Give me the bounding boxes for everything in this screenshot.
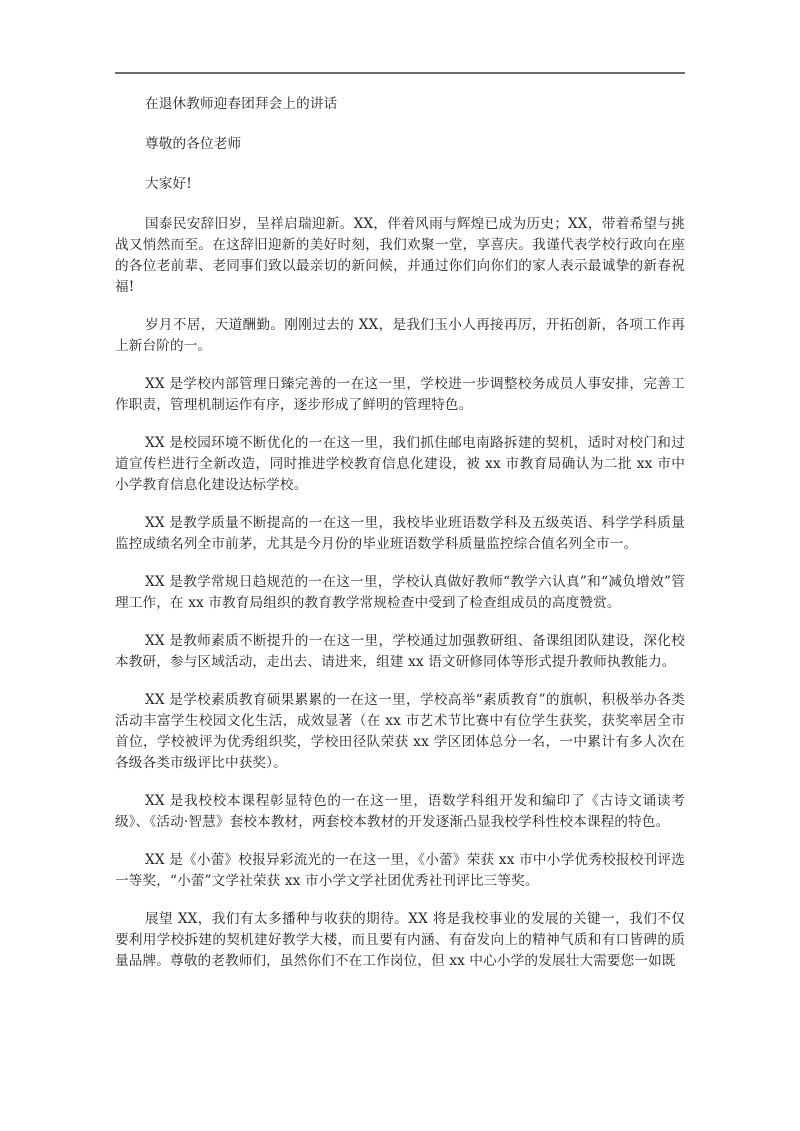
paragraph-quality-education: XX 是学校素质教育硕果累累的一在这一里，学校高举“素质教育”的旗帜，积极举办各… — [115, 690, 685, 774]
paragraph-school-curriculum: XX 是我校校本课程彰显特色的一在这一里，语数学科组开发和编印了《古诗文诵读考级… — [115, 791, 685, 833]
paragraph-opening: 国泰民安辞旧岁，呈祥启瑞迎新。XX，伴着风雨与辉煌已成为历史；XX，带着希望与挑… — [115, 214, 685, 298]
paragraph-outlook: 展望 XX，我们有太多播种与收获的期待。XX 将是我校事业的发展的关键一，我们不… — [115, 909, 685, 972]
paragraph-management: XX 是学校内部管理日臻完善的一在这一里，学校进一步调整校务成员人事安排，完善工… — [115, 374, 685, 416]
salutation: 尊敬的各位老师 — [115, 134, 685, 155]
document-title: 在退休教师迎春团拜会上的讲话 — [115, 94, 685, 115]
paragraph-environment: XX 是校园环境不断优化的一在这一里，我们抓住邮电南路拆建的契机，适时对校门和过… — [115, 433, 685, 496]
paragraph-teaching-routine: XX 是教学常规日趋规范的一在这一里，学校认真做好教师“教学六认真”和“减负增效… — [115, 572, 685, 614]
paragraph-teacher-quality: XX 是教师素质不断提升的一在这一里，学校通过加强教研组、备课组团队建设，深化校… — [115, 631, 685, 673]
header-rule — [115, 72, 685, 74]
paragraph-school-newspaper: XX 是《小蕾》校报异彩流光的一在这一里，《小蕾》荣获 xx 市中小学优秀校报校… — [115, 850, 685, 892]
document-body: 在退休教师迎春团拜会上的讲话 尊敬的各位老师 大家好! 国泰民安辞旧岁，呈祥启瑞… — [115, 94, 685, 989]
paragraph-teaching-quality: XX 是教学质量不断提高的一在这一里，我校毕业班语数学科及五级英语、科学学科质量… — [115, 513, 685, 555]
greeting: 大家好! — [115, 174, 685, 195]
paragraph-review: 岁月不居，天道酬勤。刚刚过去的 XX，是我们玉小人再接再厉，开拓创新，各项工作再… — [115, 315, 685, 357]
